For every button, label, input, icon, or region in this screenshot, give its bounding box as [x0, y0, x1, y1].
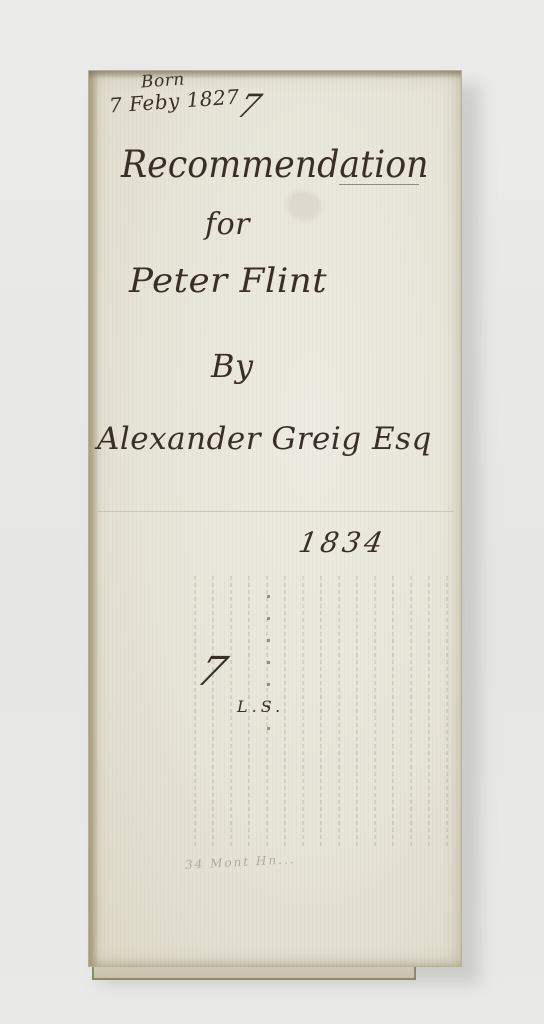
document-title: Recommendation [121, 143, 429, 186]
document-docket: Born 7 Feby 1827 7 Recommendation for Pe… [88, 70, 462, 967]
author-name: Alexander Greig Esq [97, 421, 432, 457]
document-year: 1834 [296, 526, 389, 559]
bleed-through-print [184, 576, 454, 846]
by-label: By [211, 347, 254, 385]
subject-name: Peter Flint [129, 261, 327, 301]
birth-date: 7 Feby 1827 [108, 84, 240, 117]
paper-stain [287, 191, 321, 221]
initials: L.S. [237, 697, 284, 716]
faint-pencil-note: 34 Mont Hn... [185, 852, 296, 872]
for-label: for [205, 207, 250, 242]
fold-line [97, 511, 453, 512]
title-flourish [339, 184, 419, 185]
